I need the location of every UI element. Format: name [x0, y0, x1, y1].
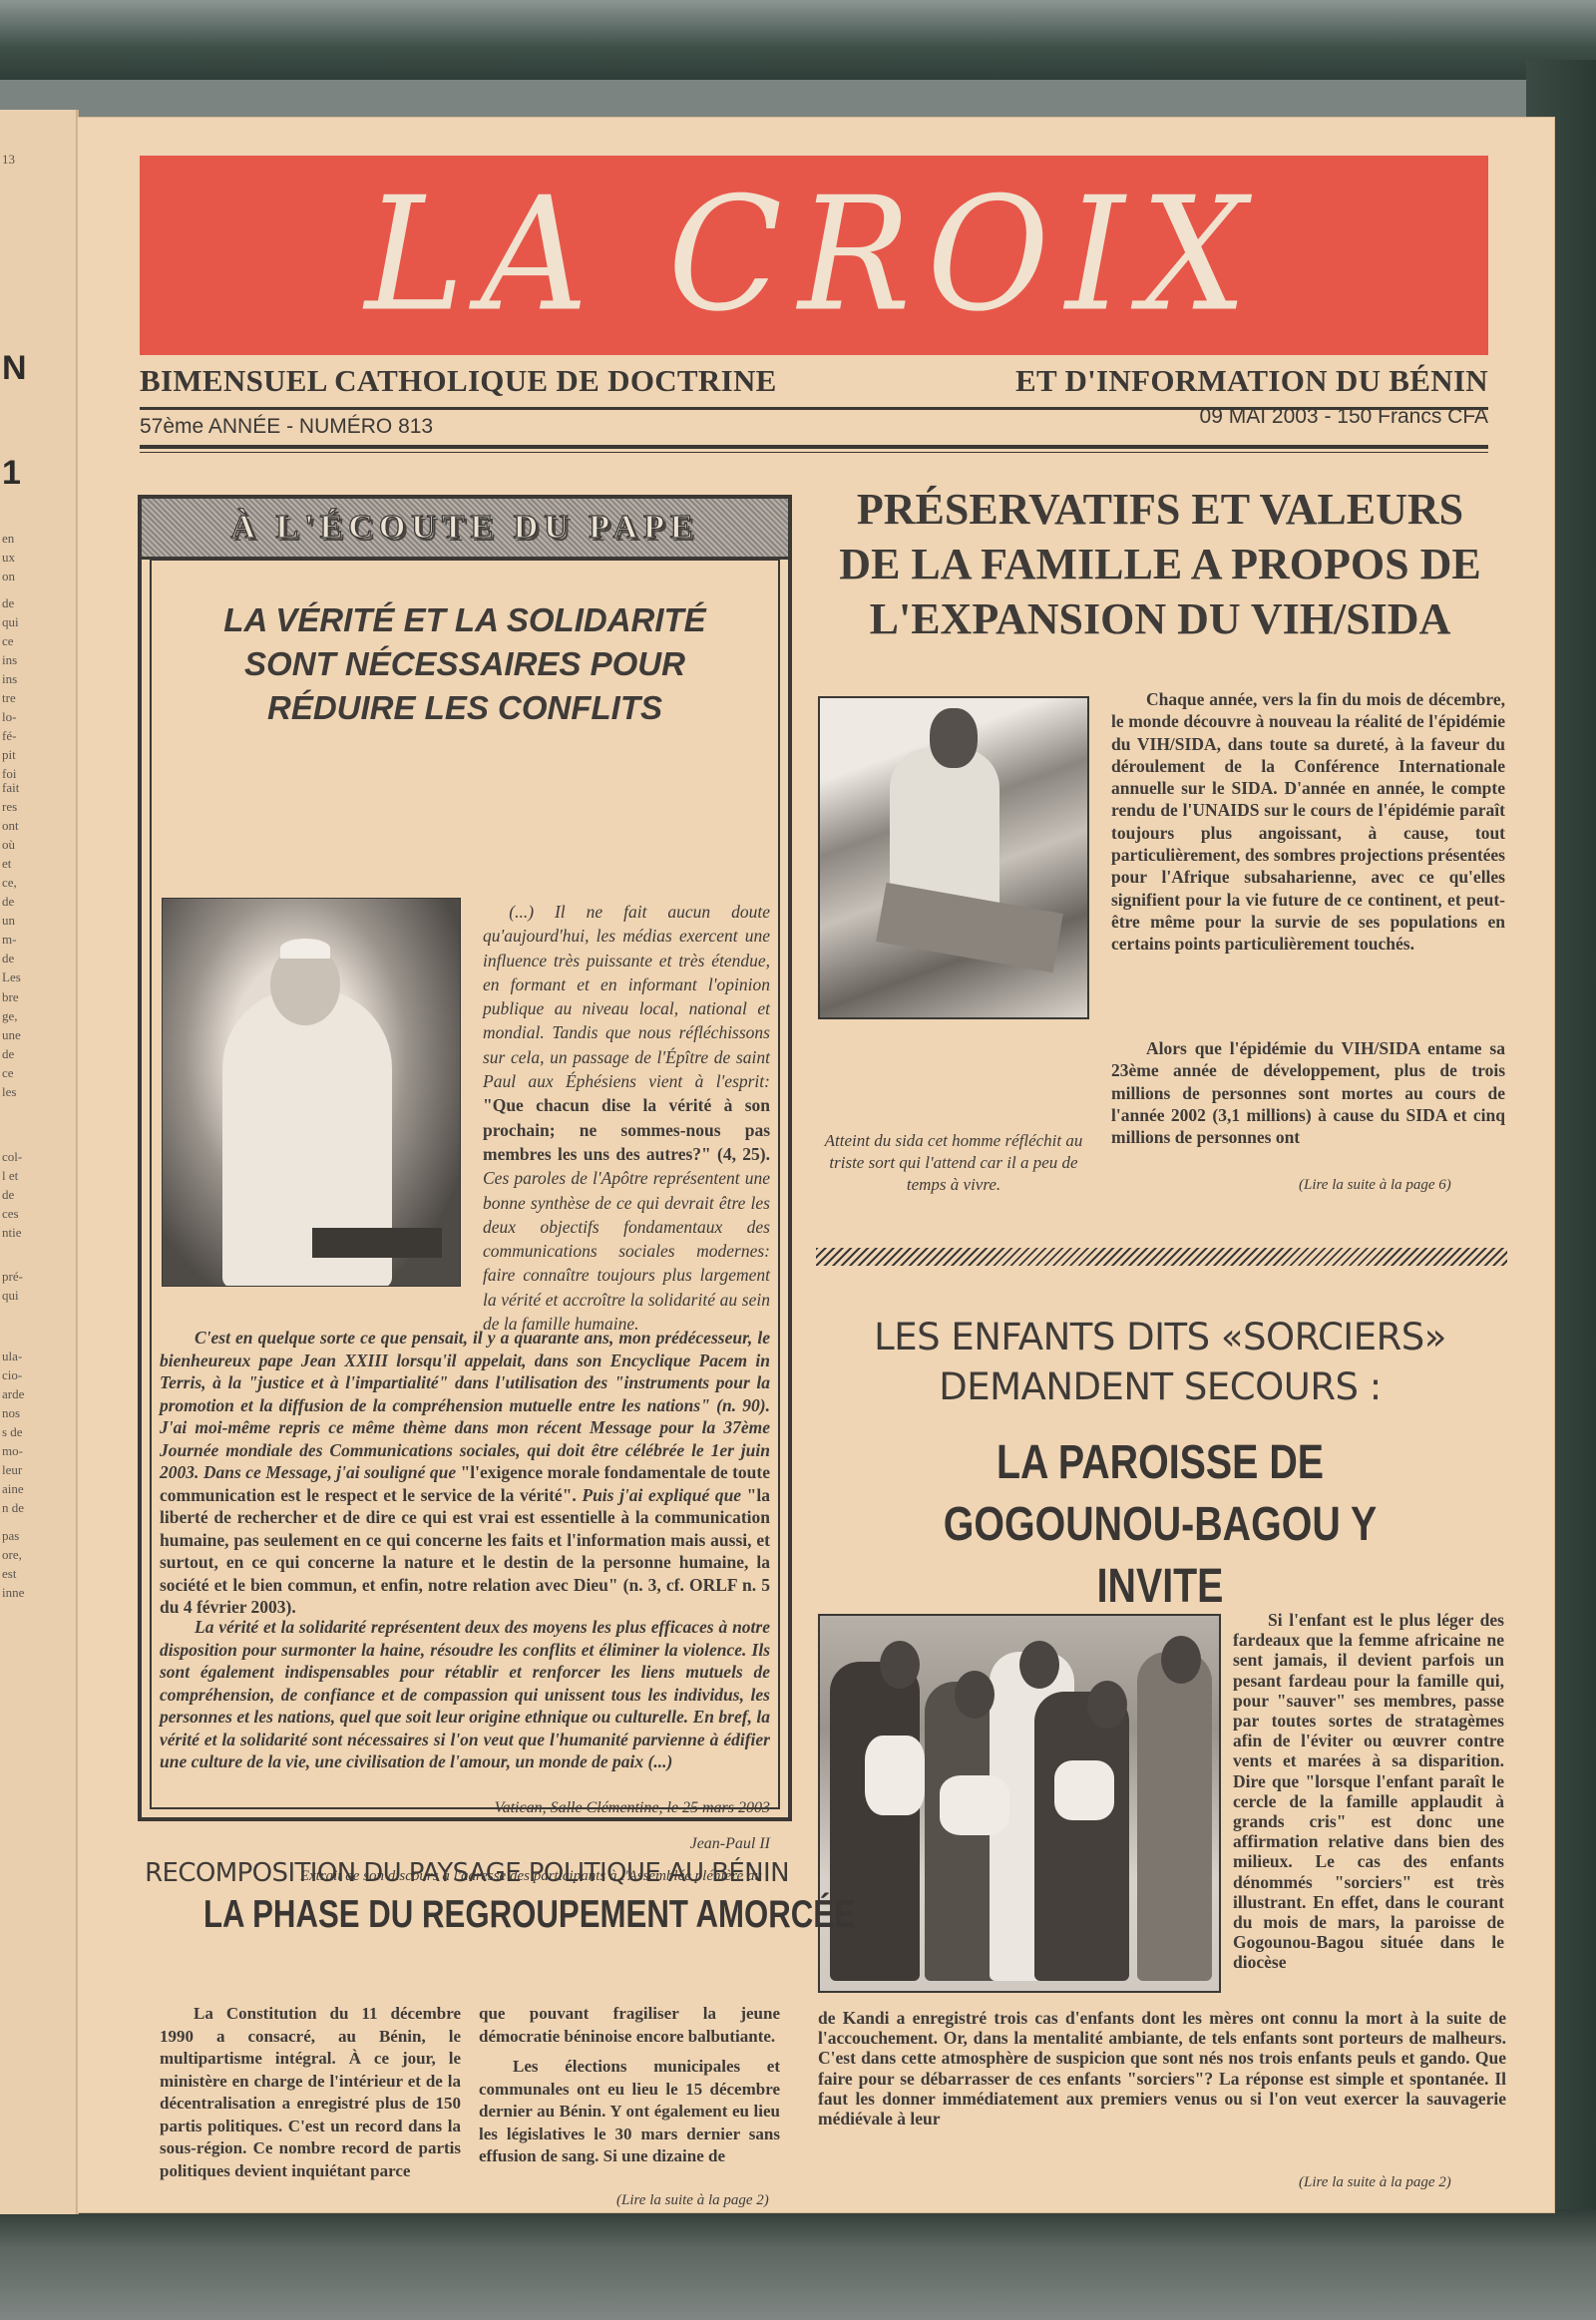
previous-page-fragment: de: [2, 593, 14, 612]
pope-headline: LA VÉRITÉ ET LA SOLIDARITÉ SONT NÉCESSAI…: [162, 598, 768, 730]
pope-photo: [162, 898, 461, 1287]
headline-line: DE LA FAMILLE A PROPOS DE: [816, 537, 1504, 591]
previous-page-fragment: ce: [2, 1063, 14, 1082]
photo-book: [312, 1228, 442, 1258]
photo-head: [1019, 1641, 1059, 1689]
previous-page-fragment: qui: [2, 612, 19, 631]
sorciers-kicker: LES ENFANTS DITS «SORCIERS» DEMANDENT SE…: [816, 1313, 1504, 1412]
politique-column-2: que pouvant fragiliser la jeune démocrat…: [479, 2003, 780, 2176]
signature: Jean-Paul II: [690, 1835, 770, 1853]
sida-photo: [818, 696, 1089, 1019]
previous-page-fragment: et: [2, 854, 11, 873]
sida-photo-caption: Atteint du sida cet homme réfléchit au t…: [818, 1130, 1089, 1196]
photo-head: [955, 1671, 995, 1719]
para2-mid: Puis j'ai expliqué que: [577, 1485, 747, 1505]
photo-infant: [1054, 1760, 1114, 1820]
headline-line: GOGOUNOU-BAGOU Y INVITE: [878, 1494, 1442, 1618]
headline-line: SONT NÉCESSAIRES POUR: [162, 642, 768, 686]
pope-article-box: À L'ÉCOUTE DU PAPE LA VÉRITÉ ET LA SOLID…: [138, 495, 792, 1821]
pope-intro-text: (...) Il ne fait aucun doute qu'aujourd'…: [483, 900, 770, 1336]
sorciers-photo: [818, 1614, 1221, 1993]
previous-page-fragment: s de: [2, 1422, 23, 1441]
banner-text: À L'ÉCOUTE DU PAPE: [230, 509, 698, 547]
previous-page-fragment: pit: [2, 745, 16, 764]
intro-italic: (...) Il ne fait aucun doute qu'aujourd'…: [483, 902, 770, 1091]
headline-line: L'EXPANSION DU VIH/SIDA: [816, 591, 1504, 646]
previous-page-fragment: mo-: [2, 1441, 23, 1460]
tagline-right: ET D'INFORMATION DU BÉNIN: [1015, 363, 1488, 399]
previous-page-fragment: on: [2, 567, 15, 585]
sorciers-body-1: Si l'enfant est le plus léger des fardea…: [1233, 1610, 1504, 1973]
masthead: LA CROIX: [140, 156, 1488, 355]
previous-page-fragment: pas: [2, 1526, 19, 1545]
previous-page-fragment: arde: [2, 1384, 24, 1403]
previous-page-fragment: l et: [2, 1166, 18, 1185]
pope-paragraph-2: C'est en quelque sorte ce que pensait, i…: [160, 1327, 770, 1619]
headline-line: PRÉSERVATIFS ET VALEURS: [816, 482, 1504, 537]
col2-paragraph-1: que pouvant fragiliser la jeune démocrat…: [479, 2003, 780, 2048]
previous-page-fragment: tre: [2, 688, 16, 707]
previous-page-fragment: N: [2, 359, 27, 378]
issue-info-row: 57ème ANNÉE - NUMÉRO 813 09 MAI 2003 - 1…: [140, 415, 1488, 439]
politique-kicker: RECOMPOSITION DU PAYSAGE POLITIQUE AU BÉ…: [138, 1858, 796, 1888]
previous-page-fragment: qui: [2, 1286, 19, 1305]
masthead-tagline: BIMENSUEL CATHOLIQUE DE DOCTRINE ET D'IN…: [140, 363, 1488, 399]
masthead-rule-thin: [140, 452, 1488, 453]
col1-paragraph: La Constitution du 11 décembre 1990 a co…: [160, 2003, 461, 2182]
previous-page-fragment: aine: [2, 1479, 24, 1498]
photo-zucchetto: [280, 939, 330, 959]
binder-top-edge: [0, 0, 1596, 80]
previous-page-fragment: ce: [2, 631, 14, 650]
previous-page-fragment: en: [2, 529, 14, 548]
previous-page-fragment: res: [2, 797, 17, 816]
sida-headline: PRÉSERVATIFS ET VALEURS DE LA FAMILLE A …: [816, 482, 1504, 646]
hatched-divider: [816, 1248, 1507, 1266]
place-date: Vatican, Salle Clémentine, le 25 mars 20…: [495, 1799, 770, 1817]
kicker-line: DEMANDENT SECOURS :: [816, 1362, 1504, 1412]
previous-page-fragment: ins: [2, 669, 17, 688]
intro-quote: "Que chacun dise la vérité à son prochai…: [483, 1095, 770, 1164]
photo-infant: [865, 1736, 925, 1815]
previous-page-fragment: un: [2, 911, 15, 930]
previous-page-fragment: ge,: [2, 1006, 18, 1025]
photo-head: [1161, 1636, 1201, 1684]
politique-headline: LA PHASE DU REGROUPEMENT AMORCÉE: [203, 1893, 730, 1937]
previous-page-fragment: ont: [2, 816, 19, 835]
previous-page-fragment: de: [2, 949, 14, 967]
headline-line: LA PAROISSE DE: [878, 1432, 1442, 1494]
sida-body-2: Alors que l'épidémie du VIH/SIDA entame …: [1111, 1037, 1505, 1148]
politique-column-1: La Constitution du 11 décembre 1990 a co…: [160, 2003, 461, 2190]
para2-italic: C'est en quelque sorte ce que pensait, i…: [160, 1328, 770, 1482]
previous-page-fragment: m-: [2, 930, 16, 949]
sorciers-headline: LA PAROISSE DE GOGOUNOU-BAGOU Y INVITE: [878, 1432, 1442, 1618]
previous-page-fragment: une: [2, 1025, 21, 1044]
previous-page-fragment: bre: [2, 987, 19, 1006]
photo-head: [1087, 1681, 1127, 1729]
previous-page-fragment: 13: [2, 150, 15, 169]
previous-page-fragment: ux: [2, 548, 15, 567]
previous-page-fragment: de: [2, 1185, 14, 1204]
kicker-line: LES ENFANTS DITS «SORCIERS»: [816, 1313, 1504, 1362]
sida-body-1: Chaque année, vers la fin du mois de déc…: [1111, 688, 1505, 956]
previous-page-fragment: ore,: [2, 1545, 22, 1564]
previous-page-fragment: de: [2, 1044, 14, 1063]
newspaper-title: LA CROIX: [365, 177, 1263, 334]
previous-page-fragment: lo-: [2, 707, 16, 726]
headline-line: RÉDUIRE LES CONFLITS: [162, 686, 768, 730]
previous-page-fragment: de: [2, 892, 14, 911]
previous-page-fragment: ces: [2, 1204, 19, 1223]
previous-page-fragment: ntie: [2, 1223, 22, 1242]
previous-page-fragment: fé-: [2, 726, 16, 745]
politique-continued-link[interactable]: (Lire la suite à la page 2): [616, 2192, 769, 2209]
intro-tail: Ces paroles de l'Apôtre représentent une…: [483, 1168, 770, 1334]
previous-page-fragment: ins: [2, 650, 17, 669]
previous-page-fragment: où: [2, 835, 15, 854]
photo-face: [930, 708, 978, 768]
previous-page-fragment: cio-: [2, 1365, 22, 1384]
previous-page-fragment: ula-: [2, 1347, 22, 1365]
sorciers-body-2: de Kandi a enregistré trois cas d'enfant…: [818, 2008, 1506, 2128]
pope-paragraph-3: La vérité et la solidarité représentent …: [160, 1616, 770, 1773]
previous-page-fragment: fait: [2, 778, 19, 797]
year-issue: 57ème ANNÉE - NUMÉRO 813: [140, 415, 433, 439]
photo-infant: [940, 1775, 1009, 1835]
headline-line: LA VÉRITÉ ET LA SOLIDARITÉ: [162, 598, 768, 642]
photo-person: [1034, 1692, 1129, 1981]
previous-page-fragment: nos: [2, 1403, 20, 1422]
photo-person: [1137, 1652, 1212, 1981]
photo-head: [880, 1641, 920, 1689]
sorciers-continued-link[interactable]: (Lire la suite à la page 2): [1299, 2174, 1451, 2191]
previous-page-fragment: pré-: [2, 1267, 23, 1286]
previous-page-fragment: 1: [2, 464, 21, 483]
previous-page-fragment: col-: [2, 1147, 22, 1166]
previous-page-fragment: leur: [2, 1460, 22, 1479]
previous-page-fragment: inne: [2, 1583, 24, 1602]
binder-bottom-edge: [0, 2209, 1596, 2320]
col2-paragraph-2: Les élections municipales et communales …: [479, 2056, 780, 2168]
previous-page-fragment: est: [2, 1564, 16, 1583]
previous-page-fragment: n de: [2, 1498, 24, 1517]
previous-page-fragment: les: [2, 1082, 16, 1101]
sida-continued-link[interactable]: (Lire la suite à la page 6): [1299, 1177, 1451, 1194]
pope-section-banner: À L'ÉCOUTE DU PAPE: [142, 499, 788, 560]
previous-page-fragment: Les: [2, 967, 21, 986]
previous-page-fragment: ce,: [2, 873, 17, 892]
previous-page-strip: 13N1enuxondequiceinsinstrelo-fé-pitfoifa…: [0, 110, 79, 2214]
masthead-rule-bottom: [140, 445, 1488, 449]
date-price: 09 MAI 2003 - 150 Francs CFA: [1200, 405, 1488, 439]
newspaper-page: LA CROIX BIMENSUEL CATHOLIQUE DE DOCTRIN…: [78, 118, 1554, 2212]
tagline-left: BIMENSUEL CATHOLIQUE DE DOCTRINE: [140, 363, 777, 399]
